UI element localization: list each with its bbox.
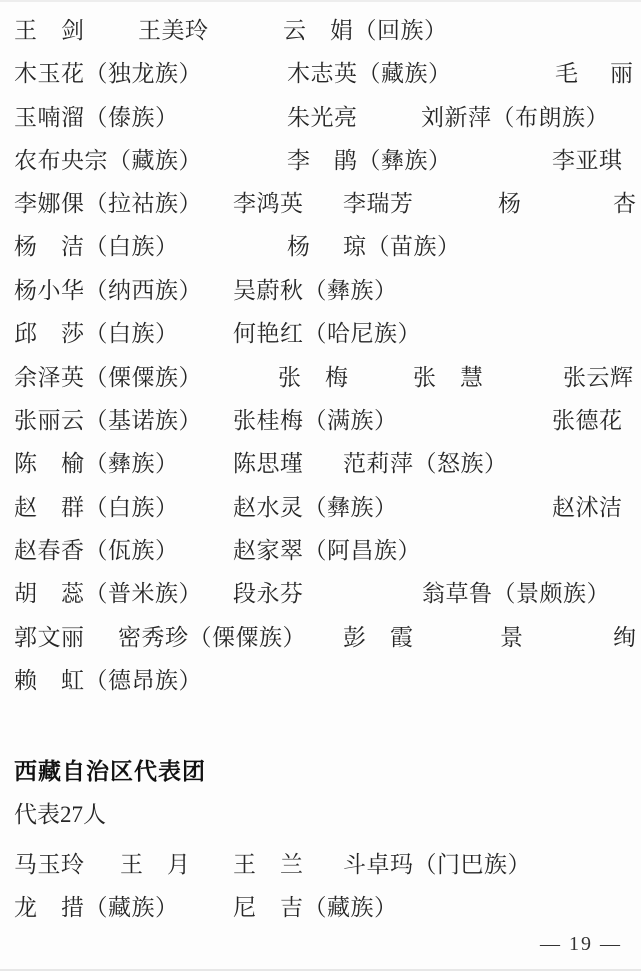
name-line: 胡 蕊（普米族）段永芬翁草鲁（景颇族）	[0, 580, 641, 608]
delegate-count: 代表27人	[14, 801, 106, 828]
delegate-name: 玉喃溜（傣族）	[14, 104, 179, 131]
delegate-name: 毛	[555, 60, 579, 87]
delegate-name: 彭 霞	[343, 624, 414, 651]
name-line: 木玉花（独龙族）木志英（藏族）毛丽	[0, 60, 641, 88]
name-line: 郭文丽密秀珍（傈僳族）彭 霞景绚	[0, 624, 641, 652]
name-line: 赵 群（白族）赵水灵（彝族）赵沭洁	[0, 494, 641, 522]
delegate-name: 绚	[613, 624, 637, 651]
delegate-name: 密秀珍（傈僳族）	[118, 624, 306, 651]
delegate-name: 李 鹃（彝族）	[287, 147, 452, 174]
delegate-name: 胡 蕊（普米族）	[14, 580, 202, 607]
name-line: 杨小华（纳西族）吴蔚秋（彝族）	[0, 277, 641, 305]
delegate-name: 杨	[287, 233, 311, 260]
document-page: 王 剑王美玲云 娟（回族）木玉花（独龙族）木志英（藏族）毛丽玉喃溜（傣族）朱光亮…	[0, 0, 641, 971]
delegate-name: 李鸿英	[233, 190, 304, 217]
name-line: 杨 洁（白族）杨琼（苗族）	[0, 233, 641, 261]
delegate-name: 琼（苗族）	[343, 233, 461, 260]
delegate-name: 翁草鲁（景颇族）	[422, 580, 610, 607]
name-line: 张丽云（基诺族）张桂梅（满族）张德花	[0, 407, 641, 435]
name-line: 余泽英（傈僳族）张 梅张 慧张云辉	[0, 364, 641, 392]
delegate-name: 陈思瑾	[233, 450, 304, 477]
delegate-name: 赵沭洁	[552, 494, 623, 521]
delegation-heading: 西藏自治区代表团	[14, 757, 206, 785]
name-line: 李娜倮（拉祜族）李鸿英李瑞芳杨杏	[0, 190, 641, 218]
delegate-name: 陈 榆（彝族）	[14, 450, 179, 477]
name-line: 王 剑王美玲云 娟（回族）	[0, 17, 641, 45]
delegate-name: 郭文丽	[14, 624, 85, 651]
delegate-name: 赖 虹（德昂族）	[14, 667, 202, 694]
delegate-name: 李瑞芳	[343, 190, 414, 217]
name-line: 邱 莎（白族）何艳红（哈尼族）	[0, 320, 641, 348]
delegate-name: 王美玲	[138, 17, 209, 44]
delegate-name: 马玉玲	[14, 851, 85, 878]
delegate-name: 朱光亮	[287, 104, 358, 131]
name-line: 农布央宗（藏族）李 鹃（彝族）李亚琪	[0, 147, 641, 175]
delegate-name: 吴蔚秋（彝族）	[233, 277, 398, 304]
delegate-name: 农布央宗（藏族）	[14, 147, 202, 174]
delegate-name: 王 兰	[233, 851, 304, 878]
delegate-name: 斗卓玛（门巴族）	[343, 851, 531, 878]
delegate-name: 杨 洁（白族）	[14, 233, 179, 260]
name-line: 赖 虹（德昂族）	[0, 667, 641, 695]
delegate-name: 张丽云（基诺族）	[14, 407, 202, 434]
name-line: 马玉玲王 月王 兰斗卓玛（门巴族）	[0, 851, 641, 879]
delegate-name: 段永芬	[233, 580, 304, 607]
name-line: 龙 措（藏族）尼 吉（藏族）	[0, 894, 641, 922]
delegate-name: 杏	[613, 190, 637, 217]
delegate-name: 王 月	[120, 851, 191, 878]
delegate-name: 赵水灵（彝族）	[233, 494, 398, 521]
delegate-name: 赵春香（佤族）	[14, 537, 179, 564]
delegate-name: 张桂梅（满族）	[233, 407, 398, 434]
delegate-name: 邱 莎（白族）	[14, 320, 179, 347]
page-number: — 19 —	[540, 932, 622, 956]
delegate-name: 景	[500, 624, 524, 651]
delegate-name: 云 娟（回族）	[283, 17, 448, 44]
delegate-name: 刘新萍（布朗族）	[421, 104, 609, 131]
name-line: 陈 榆（彝族）陈思瑾范莉萍（怒族）	[0, 450, 641, 478]
delegate-name: 何艳红（哈尼族）	[233, 320, 421, 347]
delegate-name: 张 梅	[278, 364, 349, 391]
delegate-name: 李亚琪	[552, 147, 623, 174]
delegate-name: 张云辉	[563, 364, 634, 391]
delegate-name: 张 慧	[413, 364, 484, 391]
delegate-name: 张德花	[552, 407, 623, 434]
delegate-name: 杨	[498, 190, 522, 217]
delegate-name: 余泽英（傈僳族）	[14, 364, 202, 391]
delegate-name: 木玉花（独龙族）	[14, 60, 202, 87]
name-line: 赵春香（佤族）赵家翠（阿昌族）	[0, 537, 641, 565]
delegate-name: 赵家翠（阿昌族）	[233, 537, 421, 564]
delegate-name: 杨小华（纳西族）	[14, 277, 202, 304]
delegate-name: 王 剑	[14, 17, 85, 44]
name-line: 玉喃溜（傣族）朱光亮刘新萍（布朗族）	[0, 104, 641, 132]
delegate-name: 李娜倮（拉祜族）	[14, 190, 202, 217]
delegate-name: 木志英（藏族）	[287, 60, 452, 87]
delegate-name: 丽	[610, 60, 634, 87]
delegate-name: 尼 吉（藏族）	[233, 894, 398, 921]
delegate-name: 赵 群（白族）	[14, 494, 179, 521]
delegate-name: 范莉萍（怒族）	[343, 450, 508, 477]
delegate-name: 龙 措（藏族）	[14, 894, 179, 921]
